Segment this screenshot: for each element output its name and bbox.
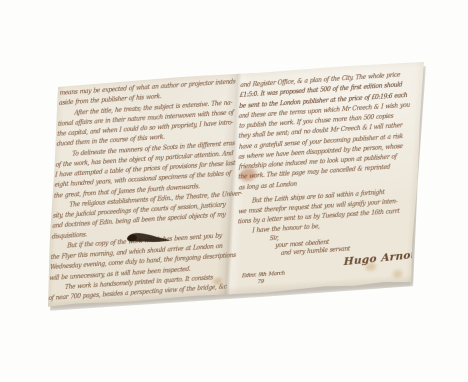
photo-background: means may be expected of what an author …	[0, 0, 468, 382]
text-layer: means may be expected of what an author …	[58, 61, 424, 85]
manuscript-letter: means may be expected of what an author …	[46, 61, 424, 307]
right-page-line: Hugo Arnot —	[344, 248, 432, 268]
right-page-line: 79	[257, 279, 264, 287]
left-page-line: disquisitions.	[52, 232, 88, 242]
ink-blot-mark	[125, 227, 174, 248]
foxing-spot-mark	[392, 270, 402, 279]
right-page-line: I have the honour to be,	[252, 223, 320, 235]
right-page-line: as long as at London	[239, 181, 297, 192]
foxing-spot-mark	[365, 262, 376, 271]
